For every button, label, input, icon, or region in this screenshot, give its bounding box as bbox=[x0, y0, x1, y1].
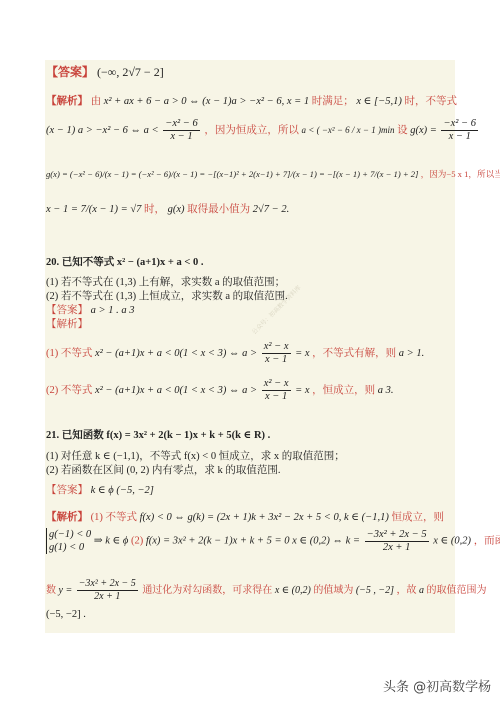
text: (1) 不等式 bbox=[46, 348, 92, 359]
q21-solution-1: 【解析】 (1) 不等式 f(x) < 0 ⇔ g(k) = (2x + 1)k… bbox=[46, 511, 444, 524]
question-21-part2: (2) 若函数在区间 (0, 2) 内有零点，求 k 的取值范围. bbox=[46, 464, 281, 477]
answer-value: k ∈ ϕ (−5, −2] bbox=[91, 485, 154, 496]
answer-label: 【答案】 bbox=[46, 65, 94, 79]
text: 设 bbox=[397, 125, 408, 136]
analysis-line-1: 【解析】 由 x² + ax + 6 − a > 0 ⇔ (x − 1)a > … bbox=[46, 95, 457, 108]
text: (1) 不等式 bbox=[91, 512, 137, 523]
text: (2) bbox=[131, 535, 143, 546]
text: 数 bbox=[46, 585, 56, 596]
fraction: x² − xx − 1 bbox=[262, 341, 291, 366]
answer-row-20: 【答案】 a > 1 . a 3 bbox=[46, 304, 134, 317]
answer-label: 【答案】 bbox=[46, 305, 88, 316]
math: y = bbox=[59, 585, 73, 596]
text: 恒成立，则 bbox=[392, 512, 445, 523]
math: 2√7 − 2. bbox=[253, 204, 289, 215]
text: 时，不等式 bbox=[404, 96, 457, 107]
fraction: −x² − 6x − 1 bbox=[441, 118, 477, 143]
text: 时满足； bbox=[312, 96, 354, 107]
question-20-part1: (1) 若不等式在 (1,3) 上有解，求实数 a 的取值范围； bbox=[46, 276, 285, 289]
math: (x − 1) a > −x² − 6 ⇔ a < bbox=[46, 125, 159, 136]
analysis-line-3: g(x) = (−x² − 6)/(x − 1) = (−x² − 6)/(x … bbox=[46, 168, 500, 181]
math: ⇒ k ∈ ϕ bbox=[94, 535, 129, 546]
answer-label: 【答案】 bbox=[46, 485, 88, 496]
fraction: −3x² + 2x − 52x + 1 bbox=[77, 578, 138, 603]
analysis-label: 【解析】 bbox=[46, 512, 88, 523]
text: 时， bbox=[144, 204, 165, 215]
answer-value: (−∞, 2√7 − 2] bbox=[97, 65, 164, 79]
math: x ∈ (0,2) bbox=[275, 585, 311, 596]
text: 的值域为 bbox=[313, 585, 353, 596]
math: x ∈ [−5,1) bbox=[356, 96, 401, 107]
text: 的取值范围为 bbox=[427, 585, 487, 596]
math: x² + ax + 6 − a > 0 ⇔ (x − 1)a > −x² − 6… bbox=[104, 96, 309, 107]
q21-solution-4: (−5, −2] . bbox=[46, 608, 86, 621]
analysis-label-20: 【解析】 bbox=[46, 318, 88, 331]
q20-solution-2: (2) 不等式 x² − (a+1)x + a < 0(1 < x < 3) ⇔… bbox=[46, 378, 394, 403]
fraction: −3x² + 2x − 52x + 1 bbox=[365, 529, 429, 554]
text: ，恒成立，则 bbox=[312, 385, 375, 396]
question-21-part1: (1) 对任意 k ∈ (−1,1)，不等式 f(x) < 0 恒成立，求 x … bbox=[46, 450, 345, 463]
question-20-title: 20. 已知不等式 x² − (a+1)x + a < 0 . bbox=[46, 256, 203, 269]
fraction: x² − xx − 1 bbox=[262, 378, 291, 403]
text: ，因为恒成立，所以 bbox=[204, 125, 299, 136]
footer-credit: 头条 @初高数学杨 bbox=[383, 676, 491, 695]
analysis-label: 【解析】 bbox=[46, 319, 88, 330]
text: ，故 bbox=[397, 585, 417, 596]
analysis-line-4: x − 1 = 7/(x − 1) = √7 时， g(x) 取得最小值为 2√… bbox=[46, 203, 289, 216]
text: (2) 不等式 bbox=[46, 385, 92, 396]
analysis-line-2: (x − 1) a > −x² − 6 ⇔ a < −x² − 6x − 1 ，… bbox=[46, 118, 480, 143]
math: f(x) = 3x² + 2(k − 1)x + k + 5 = 0 x ∈ (… bbox=[146, 535, 360, 546]
text: ，而函 bbox=[474, 535, 500, 546]
math: x² − (a+1)x + a < 0(1 < x < 3) ⇔ a > bbox=[95, 385, 257, 396]
math: a 3. bbox=[378, 385, 394, 396]
math: a < ( −x² − 6 / x − 1 )min bbox=[302, 125, 395, 135]
system-of-inequalities: g(−1) < 0 g(1) < 0 bbox=[46, 528, 91, 554]
answer-row-19: 【答案】 (−∞, 2√7 − 2] bbox=[46, 66, 164, 79]
math: (−5 , −2] bbox=[356, 585, 394, 596]
math: x − 1 = 7/(x − 1) = √7 bbox=[46, 204, 141, 215]
text: ，因为−5 x 1，所以当 bbox=[421, 169, 500, 179]
math: a > 1. bbox=[399, 348, 424, 359]
q21-solution-2: g(−1) < 0 g(1) < 0 ⇒ k ∈ ϕ (2) f(x) = 3x… bbox=[46, 528, 500, 554]
text: 通过化为对勾函数，可求得在 bbox=[142, 585, 272, 596]
math: = x bbox=[295, 348, 309, 359]
math: f(x) < 0 ⇔ g(k) = (2x + 1)k + 3x² − 2x +… bbox=[140, 512, 389, 523]
math: x ∈ (0,2) bbox=[433, 535, 471, 546]
math: g(x) = bbox=[410, 125, 437, 136]
answer-row-21: 【答案】 k ∈ ϕ (−5, −2] bbox=[46, 484, 154, 497]
text: ，不等式有解，则 bbox=[312, 348, 396, 359]
analysis-label: 【解析】 bbox=[46, 96, 88, 107]
answer-value: a > 1 . a 3 bbox=[91, 305, 135, 316]
question-21-title: 21. 已知函数 f(x) = 3x² + 2(k − 1)x + k + 5(… bbox=[46, 429, 270, 442]
math: g(x) bbox=[168, 204, 185, 215]
math: = x bbox=[295, 385, 309, 396]
text: 由 bbox=[91, 96, 102, 107]
math: x² − (a+1)x + a < 0(1 < x < 3) ⇔ a > bbox=[95, 348, 257, 359]
math: a bbox=[419, 585, 424, 596]
q20-solution-1: (1) 不等式 x² − (a+1)x + a < 0(1 < x < 3) ⇔… bbox=[46, 341, 424, 366]
question-20-part2: (2) 若不等式在 (1,3) 上恒成立，求实数 a 的取值范围. bbox=[46, 290, 288, 303]
math: g(x) = (−x² − 6)/(x − 1) = (−x² − 6)/(x … bbox=[46, 169, 418, 179]
fraction: −x² − 6x − 1 bbox=[163, 118, 199, 143]
q21-solution-3: 数 y = −3x² + 2x − 52x + 1 通过化为对勾函数，可求得在 … bbox=[46, 578, 487, 603]
text: 取得最小值为 bbox=[187, 204, 250, 215]
